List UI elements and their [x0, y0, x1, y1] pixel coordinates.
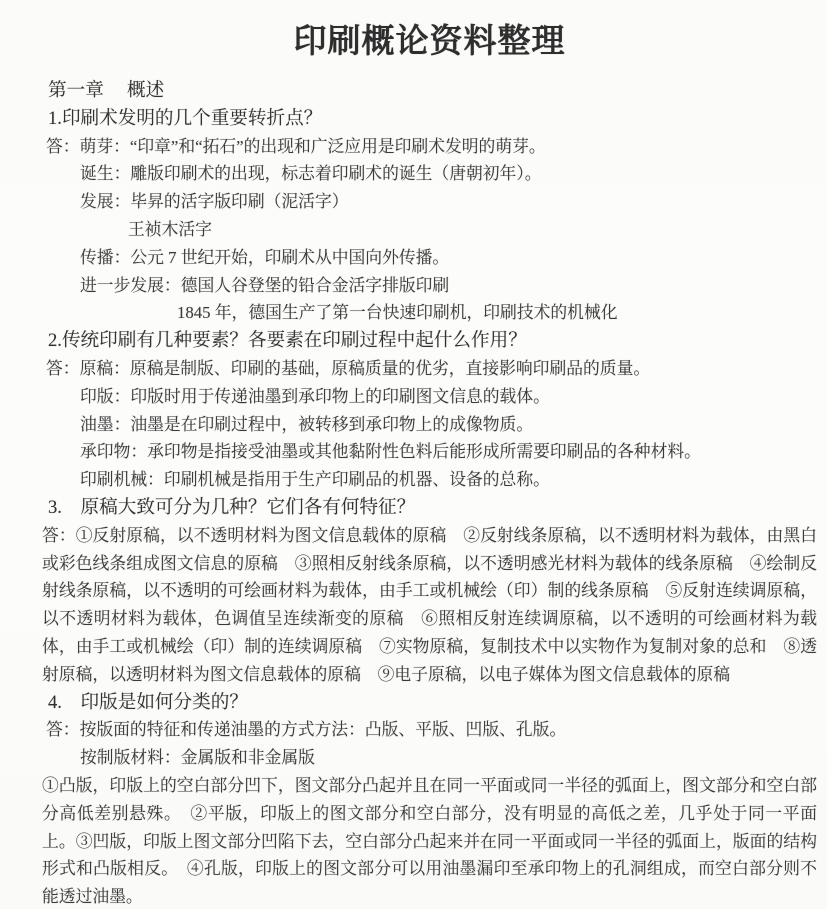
- answer-line: 王祯木活字: [42, 216, 817, 244]
- answer-line: 传播：公元 7 世纪开始，印刷术从中国向外传播。: [42, 244, 817, 272]
- answer-line: 答：原稿：原稿是制版、印刷的基础，原稿质量的优劣，直接影响印刷品的质量。: [42, 355, 817, 383]
- question-2: 2.传统印刷有几种要素？各要素在印刷过程中起什么作用？: [42, 327, 817, 355]
- question-3: 3. 原稿大致可分为几种？它们各有何特征？: [42, 494, 817, 522]
- answer-line: 1845 年，德国生产了第一台快速印刷机，印刷技术的机械化: [42, 299, 817, 327]
- answer-line: 印版：印版时用于传递油墨到承印物上的印刷图文信息的载体。: [42, 383, 817, 411]
- answer-line: 油墨：油墨是在印刷过程中，被转移到承印物上的成像物质。: [42, 411, 817, 439]
- answer-paragraph: ①凸版，印版上的空白部分凹下，图文部分凸起并且在同一平面或同一半径的弧面上，图文…: [42, 772, 817, 909]
- answer-line: 诞生：雕版印刷术的出现，标志着印刷术的诞生（唐朝初年）。: [42, 160, 817, 188]
- page-title: 印刷概论资料整理: [42, 20, 817, 64]
- answer-line: 答：萌芽：“印章”和“拓石”的出现和广泛应用是印刷术发明的萌芽。: [42, 133, 817, 161]
- answer-line: 印刷机械：印刷机械是指用于生产印刷品的机器、设备的总称。: [42, 466, 817, 494]
- answer-line: 承印物：承印物是指接受油墨或其他黏附性色料后能形成所需要印刷品的各种材料。: [42, 438, 817, 466]
- answer-paragraph: 答：①反射原稿，以不透明材料为图文信息载体的原稿 ②反射线条原稿，以不透明材料为…: [42, 522, 817, 689]
- answer-line: 按制版材料：金属版和非金属版: [42, 744, 817, 772]
- answer-line: 答：按版面的特征和传递油墨的方式方法：凸版、平版、凹版、孔版。: [42, 716, 817, 744]
- question-4: 4. 印版是如何分类的？: [42, 689, 817, 717]
- answer-line: 进一步发展：德国人谷登堡的铅合金活字排版印刷: [42, 272, 817, 300]
- answer-line: 发展：毕昇的活字版印刷（泥活字）: [42, 188, 817, 216]
- chapter-heading: 第一章 概述: [42, 77, 817, 105]
- scanned-document-page: 印刷概论资料整理 第一章 概述 1.印刷术发明的几个重要转折点？ 答：萌芽：“印…: [0, 0, 827, 909]
- question-1: 1.印刷术发明的几个重要转折点？: [42, 105, 817, 133]
